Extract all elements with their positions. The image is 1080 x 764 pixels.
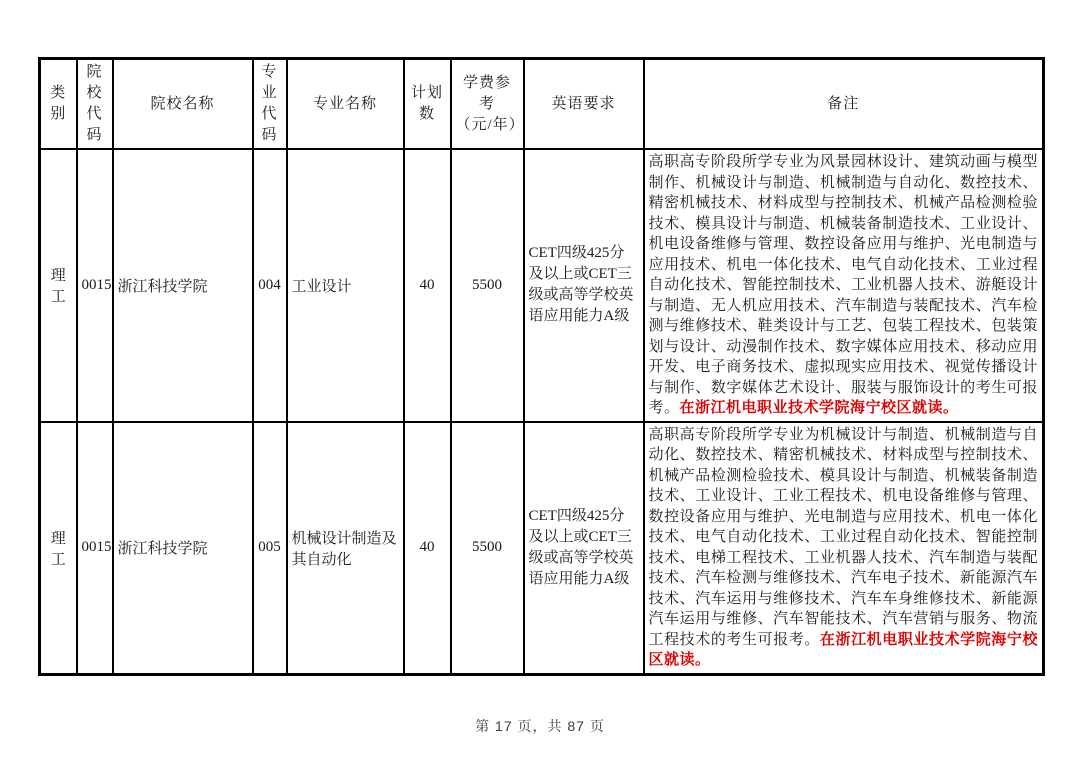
remark-text: 高职高专阶段所学专业为机械设计与制造、机械制造与自动化、数控技术、精密机械技术、… [649,427,1039,648]
table-header-row: 类别 院校 代码 院校名称 专业 代码 专业名称 计划数 学费参考 （元/年） … [40,59,1044,150]
header-college-name: 院校名称 [113,59,253,150]
cell-remark: 高职高专阶段所学专业为风景园林设计、建筑动画与模型制作、机械设计与制造、机械制造… [644,149,1044,422]
cell-tuition: 5500 [451,149,524,422]
cell-college-name: 浙江科技学院 [113,149,253,422]
cell-plan-count: 40 [404,422,451,675]
admission-plan-table: 类别 院校 代码 院校名称 专业 代码 专业名称 计划数 学费参考 （元/年） … [38,57,1045,676]
cell-english-requirement: CET四级425分及以上或CET三级或高等学校英语应用能力A级 [524,422,644,675]
header-major-code: 专业 代码 [253,59,287,150]
cell-remark: 高职高专阶段所学专业为机械设计与制造、机械制造与自动化、数控技术、精密机械技术、… [644,422,1044,675]
cell-major-code: 005 [253,422,287,675]
remark-highlight-text: 在浙江机电职业技术学院海宁校区就读。 [680,400,959,416]
cell-plan-count: 40 [404,149,451,422]
cell-college-name: 浙江科技学院 [113,422,253,675]
cell-college-code: 0015 [77,422,113,675]
page-number-footer: 第 17 页，共 87 页 [0,716,1080,736]
header-tuition: 学费参考 （元/年） [451,59,524,150]
cell-tuition: 5500 [451,422,524,675]
header-major-name: 专业名称 [287,59,404,150]
header-college-code: 院校 代码 [77,59,113,150]
cell-college-code: 0015 [77,149,113,422]
cell-english-requirement: CET四级425分及以上或CET三级或高等学校英语应用能力A级 [524,149,644,422]
cell-category: 理工 [40,149,77,422]
table-row: 理工 0015 浙江科技学院 004 工业设计 40 5500 CET四级425… [40,149,1044,422]
table-row: 理工 0015 浙江科技学院 005 机械设计制造及其自动化 40 5500 C… [40,422,1044,675]
cell-major-name: 机械设计制造及其自动化 [287,422,404,675]
cell-major-name: 工业设计 [287,149,404,422]
header-remark: 备注 [644,59,1044,150]
cell-major-code: 004 [253,149,287,422]
cell-category: 理工 [40,422,77,675]
remark-text: 高职高专阶段所学专业为风景园林设计、建筑动画与模型制作、机械设计与制造、机械制造… [649,154,1039,416]
header-english-requirement: 英语要求 [524,59,644,150]
header-category: 类别 [40,59,77,150]
header-plan-count: 计划数 [404,59,451,150]
document-page: 类别 院校 代码 院校名称 专业 代码 专业名称 计划数 学费参考 （元/年） … [0,0,1080,764]
